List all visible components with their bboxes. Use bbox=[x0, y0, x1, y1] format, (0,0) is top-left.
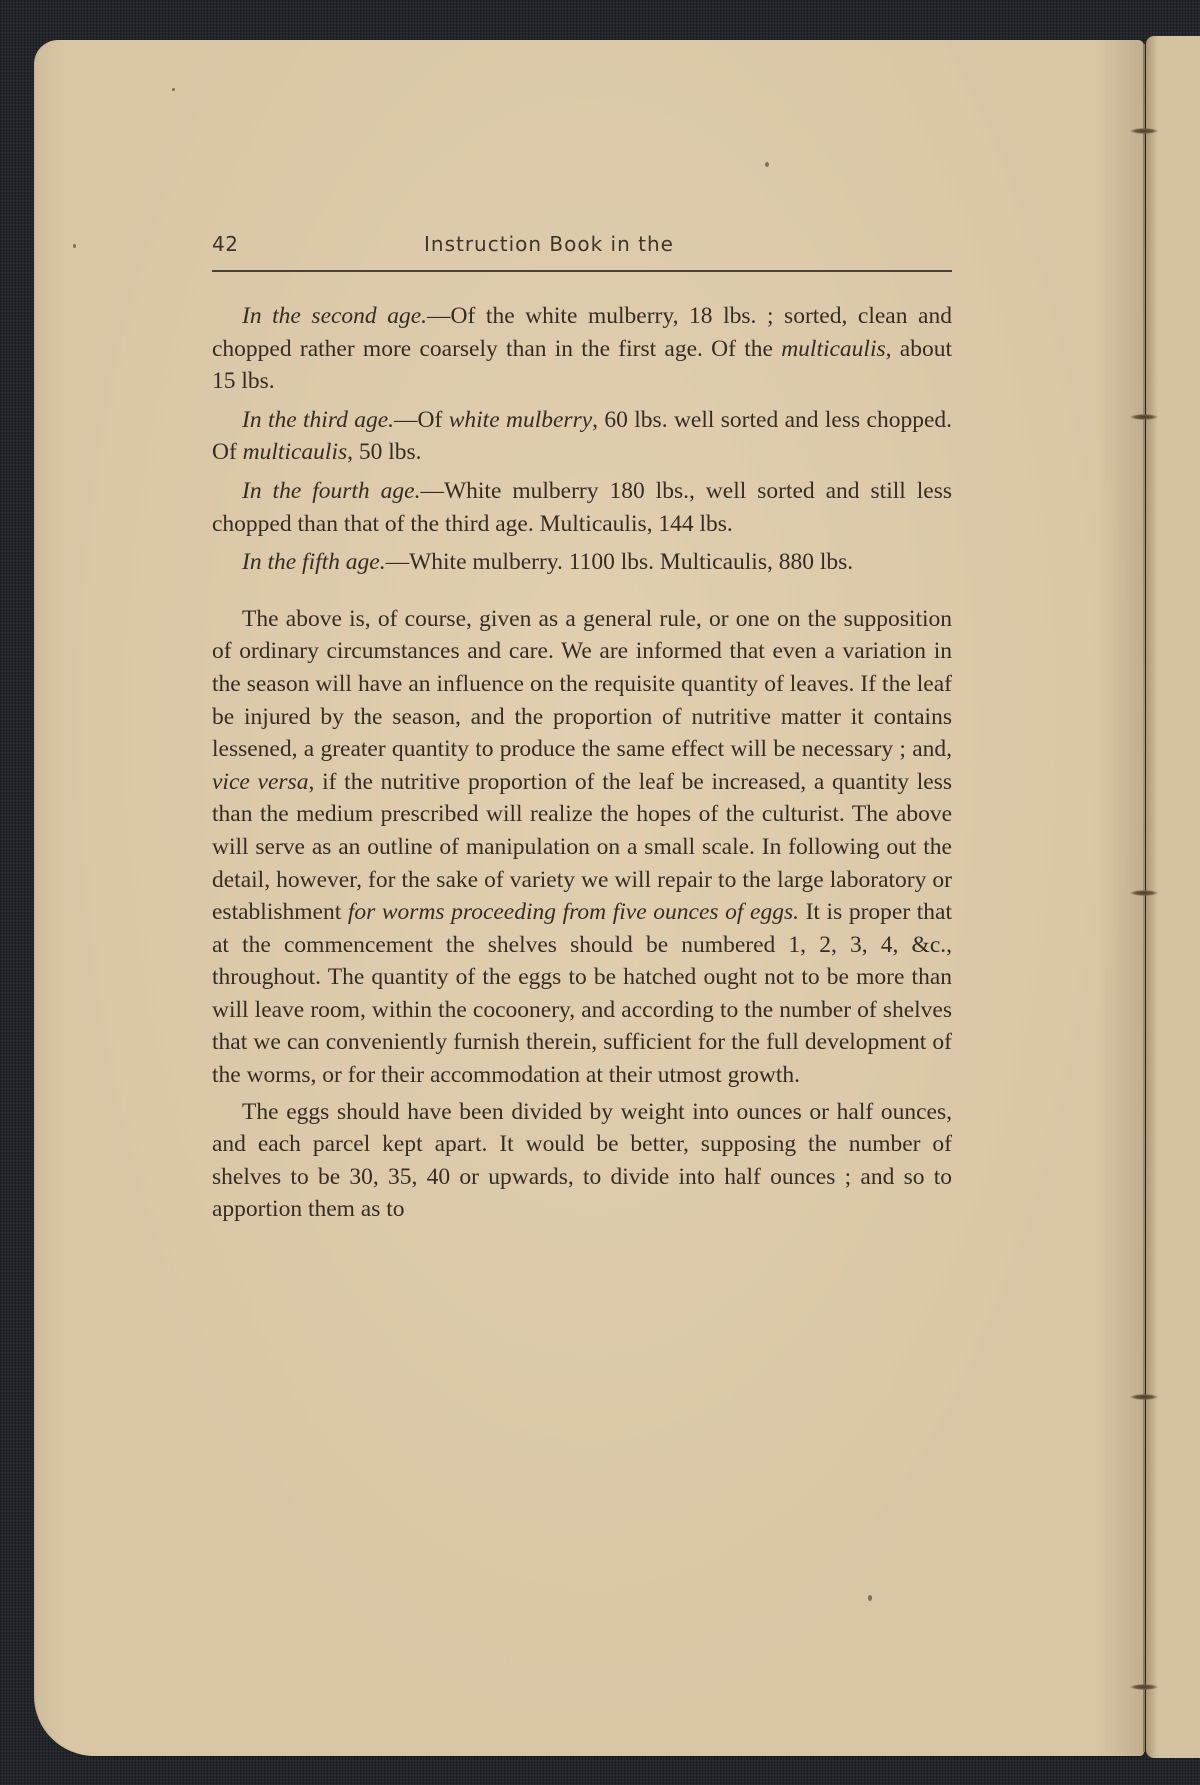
age-label: In the third age. bbox=[242, 407, 394, 433]
italic-term: vice versa bbox=[212, 769, 308, 795]
page-header: 42 Instruction Book in the bbox=[212, 228, 952, 268]
paragraph-text: The eggs should have been divided by wei… bbox=[212, 1099, 952, 1223]
paragraph-third-age: In the third age.—Of white mulberry, 60 … bbox=[212, 404, 952, 469]
paper-speck bbox=[765, 162, 769, 167]
italic-term: multicaulis bbox=[781, 336, 885, 362]
paragraph-fourth-age: In the fourth age.—White mulberry 180 lb… bbox=[212, 475, 952, 540]
binding-stitch-icon bbox=[1130, 1684, 1158, 1690]
italic-term: white mulberry bbox=[449, 407, 592, 433]
paragraph-fifth-age: In the fifth age.—White mulberry. 1100 l… bbox=[212, 546, 952, 579]
binding-stitch-icon bbox=[1130, 1394, 1158, 1400]
paper-speck bbox=[172, 88, 175, 91]
italic-term: for worms proceeding from five ounces of… bbox=[348, 899, 799, 925]
paragraph-text: The above is, of course, given as a gene… bbox=[212, 606, 952, 762]
paragraph-text: —Of bbox=[394, 407, 449, 433]
paper-speck bbox=[73, 244, 76, 248]
paragraph-general-rule: The above is, of course, given as a gene… bbox=[212, 603, 952, 1092]
page-number: 42 bbox=[212, 232, 238, 256]
header-rule bbox=[212, 270, 952, 272]
paragraph-text: , 50 lbs. bbox=[347, 439, 421, 465]
age-label: In the second age. bbox=[242, 303, 427, 329]
paragraph-eggs: The eggs should have been divided by wei… bbox=[212, 1096, 952, 1226]
binding-stitch-icon bbox=[1130, 414, 1158, 420]
paragraph-text: —White mulberry. 1100 lbs. Multicaulis, … bbox=[386, 549, 854, 575]
age-label: In the fourth age. bbox=[242, 478, 420, 504]
facing-page-edge bbox=[1146, 36, 1200, 1758]
binding-stitch-icon bbox=[1130, 890, 1158, 896]
body-text: In the second age.—Of the white mulberry… bbox=[212, 300, 952, 1226]
paragraph-text: It is proper that at the commencement th… bbox=[212, 899, 952, 1088]
paper-speck bbox=[868, 1595, 872, 1601]
spine-fold bbox=[1143, 44, 1145, 1752]
italic-term: multicaulis bbox=[243, 439, 347, 465]
running-head: Instruction Book in the bbox=[424, 232, 674, 256]
age-label: In the fifth age. bbox=[242, 549, 386, 575]
binding-stitch-icon bbox=[1130, 128, 1158, 134]
paragraph-second-age: In the second age.—Of the white mulberry… bbox=[212, 300, 952, 398]
